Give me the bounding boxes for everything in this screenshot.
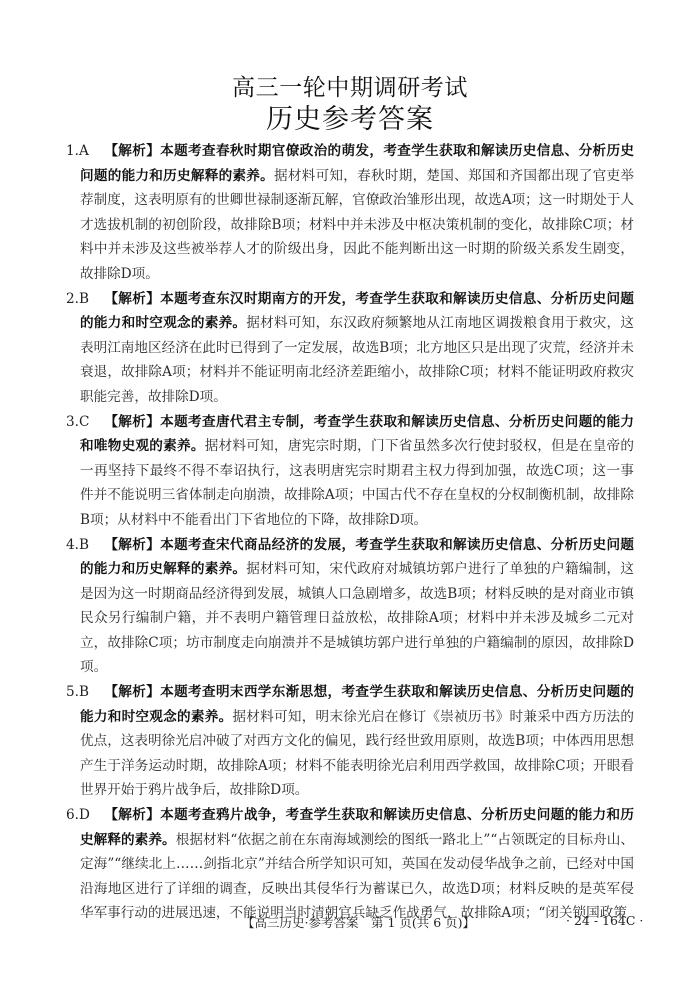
document-code: · 24 - 164C · [566, 913, 643, 928]
analysis-tag: 【解析】 [104, 143, 160, 159]
analysis-tag: 【解析】 [104, 537, 160, 553]
page-footer: 【高三历史·参考答案 第 1 页(共 6 页)】 · 24 - 164C · [0, 913, 700, 933]
answer-item-6: 6.D 【解析】本题考查鸦片战争，考查学生获取和解读历史信息、分析历史问题的能力… [66, 803, 634, 926]
answer-item-1: 1.A 【解析】本题考查春秋时期官僚政治的萌发，考查学生获取和解读历史信息、分析… [66, 139, 634, 287]
analysis-tag: 【解析】 [104, 684, 160, 700]
answer-item-4: 4.B 【解析】本题考查宋代商品经济的发展，考查学生获取和解读历史信息、分析历史… [66, 533, 634, 681]
answer-option: D [79, 807, 90, 823]
answer-body: 据材料可知，春秋时期，楚国、郑国和齐国都出现了官吏举荐制度，这表明原有的世卿世禄… [80, 168, 634, 282]
answer-item-2: 2.B 【解析】本题考查东汉时期南方的开发，考查学生获取和解读历史信息、分析历史… [66, 287, 634, 410]
answer-option: C [79, 414, 89, 430]
answer-number: 4.B [66, 533, 89, 558]
answer-number: 5.B [66, 680, 89, 705]
answer-option: B [79, 291, 89, 307]
answer-item-3: 3.C 【解析】本题考查唐代君主专制，考查学生获取和解读历史信息、分析历史问题的… [66, 410, 634, 533]
answer-list: 1.A 【解析】本题考查春秋时期官僚政治的萌发，考查学生获取和解读历史信息、分析… [66, 139, 634, 926]
answer-item-5: 5.B 【解析】本题考查明末西学东渐思想，考查学生获取和解读历史信息、分析历史问… [66, 680, 634, 803]
answer-number: 1.A [66, 139, 89, 164]
analysis-tag: 【解析】 [104, 807, 160, 823]
answer-option: B [79, 537, 89, 553]
answer-number: 6.D [66, 803, 90, 828]
document-title: 高三一轮中期调研考试 [0, 74, 700, 102]
answer-option: A [79, 143, 89, 159]
analysis-tag: 【解析】 [104, 414, 160, 430]
answer-option: B [79, 684, 89, 700]
page-number-label: 【高三历史·参考答案 第 1 页(共 6 页)】 [242, 913, 475, 931]
answer-number: 3.C [66, 410, 89, 435]
answer-body: 据材料可知，宋代政府对城镇坊郭户进行了单独的户籍编制，这是因为这一时期商品经济得… [80, 561, 634, 675]
document-subtitle: 历史参考答案 [0, 103, 700, 137]
analysis-tag: 【解析】 [104, 291, 160, 307]
answer-number: 2.B [66, 287, 89, 312]
